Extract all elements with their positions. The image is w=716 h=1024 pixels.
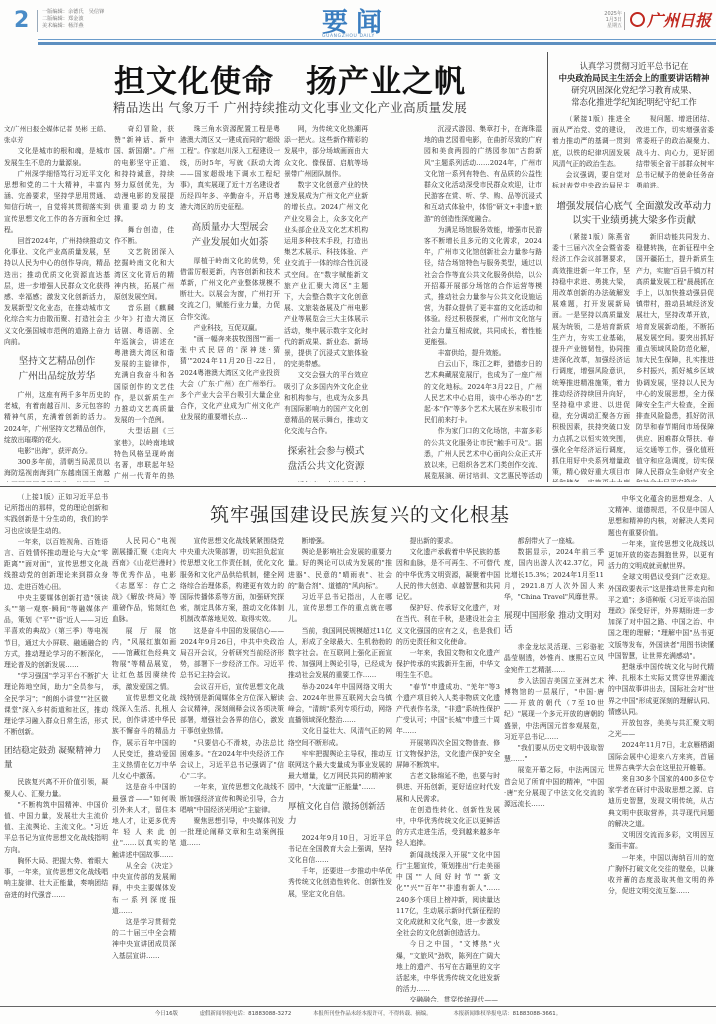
paragraph: 千年，还要进一步推动中华优秀传统文化创造性转化、创新性发展，坚定文化自信。 xyxy=(288,866,392,900)
paragraph: 厚植于岭南文化的优势，凭借雷厉根更新，内容创新和技术革新，广州文化产业整体规模不… xyxy=(180,256,280,323)
lead-column-2: 奇幻冒险，获赞"新神话、新中国、新国潮"。广州的电影坚守正道、和持持诚意，持续努… xyxy=(114,124,174,482)
paragraph: 数字文化创意产业的快速发展成为广州文化产业新的增长点。2024广州文化产业交易会… xyxy=(284,180,368,370)
paragraph: 文化是城市的根和魂，是城市发展生生不息的力量源泉。 xyxy=(4,146,110,168)
paragraph: 舞台创造，佳作不断。 xyxy=(114,225,174,247)
lead-column-3: 珠三角水资源配置工程是粤港澳大湾区又一建成而同的"超级工程"。作家赵川深入工程建… xyxy=(180,124,280,482)
newspaper-logo: 广州日报 xyxy=(630,8,711,31)
paragraph: 一年来，以百姓视角、百姓语言、百姓情怀推动理论与大众"零距离""面对面"，宣传思… xyxy=(4,537,108,593)
sidebar-2-headline: 增强发展信心底气 全面激发改革动力 以实干业绩勇挑大梁多作贡献 xyxy=(552,200,716,228)
date-weekday: 星期五 xyxy=(592,23,622,29)
second-column-6: 都刮带火了一座城。 数据显示，2024年前三季度，国内出游人次42.37亿，同比… xyxy=(504,536,604,1002)
section-divider xyxy=(0,486,716,487)
paragraph: 2024年11月7日，北京雁栖湖国际会展中心迎来八方来宾，首届世界古典学大会在这… xyxy=(608,740,714,774)
headline-line: 中央政治局民主生活会上的重要讲话精神 xyxy=(552,72,716,84)
paragraph: 文交会强大的平台效应吸引了众多国内外文化企业和机构参与，也成为众多具有国际影响力… xyxy=(284,370,368,437)
lead-headline: 担文化使命 扬产业之帆 xyxy=(40,56,540,101)
paragraph: 来自30多个国家的400多位专家学者在研讨中汲取思想之源、启迪历史智慧，发现文明… xyxy=(608,774,714,830)
paragraph: 新旧动能共同发力、稳健转换，在新征程中全国开疆拓土，提升新质生产力，实施"百县千… xyxy=(636,232,714,482)
paragraph: "学习强国"学习平台不断扩大理论阵地空间，助力"全员参与，全民学习"；"朗朗小讲… xyxy=(4,671,108,738)
paragraph: 会议召开后，宣传思想文化战线特别是新闻媒体全方位深入解读会议精神，深刻阐释会议各… xyxy=(180,682,284,738)
paragraph: （紧接1版）推进全面从严治党、党的建设，着力推动严的基调一贯到底，以铁的纪律巩固… xyxy=(552,114,630,170)
paragraph: 一年来，宣传思想文化战线不断加强经济宣传和舆论引导，合力唱响"中国经济光明论"主… xyxy=(180,782,284,816)
subheading: 高质量办大型展会 产业发展如火如荼 xyxy=(180,220,280,250)
second-column-4: 断增强。 舆论是影响社会发展的重要力量。好的舆论可以成为发展的"推进器"、民意的… xyxy=(288,536,392,1002)
paragraph: 广州，这座有两千多年历史的老城，有着南越百川、多元包容的精神气质，充满着创新的活… xyxy=(4,390,110,446)
editor-line: 美术编辑：杨洋燕 xyxy=(42,23,104,30)
paragraph: 交融融合，贯穿传统现代—— xyxy=(396,995,500,1002)
paragraph: 举办2024年中国网络文明大会、2024年世界互联网大会乌镇峰会，"清朗"系列专… xyxy=(288,682,392,727)
paragraph: 把继承中国传统文化与时代精神、扎根本土实际又贯穿世界潮流的中国故事讲出去，国际社… xyxy=(608,662,714,718)
paragraph: 丰富供给，提升效能。 xyxy=(424,348,542,359)
footer-page-count: 今日16版 xyxy=(155,1011,178,1017)
paragraph: 音乐剧《麒麟少年》打造大湾区话剧、粤语剧、全年巡演会，讲述在粤港澳大湾区和谐发展… xyxy=(114,303,174,426)
paragraph: 一年来，我国文物和文化遗产保护传承的实践新开生面，中华文明生生不息。 xyxy=(396,648,500,682)
paragraph: 网，为传统文化热潮再添一把火。这些新作精彩的发展中，部分场域画面由大众文化、像保… xyxy=(284,124,368,180)
brand-name: 广州日报 xyxy=(647,8,711,31)
subheading: 厚植文化自信 激扬创新活力 xyxy=(288,800,392,828)
logo-icon xyxy=(630,12,645,27)
editor-line: 二版编辑：郑金波 xyxy=(42,16,104,23)
paragraph: 全球文明倡议受到广泛欢迎。外国政要表示"这是推动世界走向和平之道"；多语种版《习… xyxy=(608,572,714,662)
lead-column-5: 沉浸式游园、集章打卡，在海珠湿地的曲艺园看电影，在曲折尽致的广府园和美食两园的广… xyxy=(424,124,542,482)
lead-column-4: 网，为传统文化热潮再添一把火。这些新作精彩的发展中，部分场域画面由大众文化、像保… xyxy=(284,124,368,482)
paragraph: 保护好、传承好文化遗产，对在当代、利在千秋，是建设社会主义文化强国的应有之义，也… xyxy=(396,603,500,648)
subheading: 坚持文艺精品创作 广州出品绽放芳华 xyxy=(4,354,110,384)
paragraph: 300多年前，清朝当局派员以海防巡视南海到广东越南国王南越十四国开展采风互动，书… xyxy=(4,457,110,482)
footer-copyright: 本报所刊登作品未经本报许可，不得转载、摘编。 xyxy=(313,1011,432,1017)
footer-rule xyxy=(0,1006,716,1007)
page-footer: 今日16版 虚假新闻举报电话：81883088-3272 本报所刊登作品未经本报… xyxy=(0,1009,716,1017)
paragraph: 白云山下，珠江之畔，猎德步日的艺术典藏展览展厅，也成为了一座广州的文化地标。20… xyxy=(424,359,542,426)
paragraph: 广州深学细悟笃行习近平文化思想和党的二十大精神，丰富内涵、完善要求，坚持学思用贯… xyxy=(4,169,110,236)
paragraph: 视问题、增进团结、改进工作，切实增强省委常委班子的政治凝聚力、战斗力、向心力，更… xyxy=(636,114,714,188)
paragraph: 文化日益壮大、风清气正的网络空间不断形成。 xyxy=(288,726,392,748)
paragraph: 在创造性转化、创新性发展中，中华优秀传统文化正以更鲜活的方式走进生活，受到越来越… xyxy=(396,805,500,850)
footer-rights-hotline: 本报新闻维权举报电话：81883088-3661。 xyxy=(453,1011,561,1017)
paragraph: 宣传思想文化战线紧紧围绕党中央重大决策部署，切实担负起宣传思想文化工作责任制，优… xyxy=(180,536,284,626)
paragraph: 近年来，广州立足在全国率先提出"共建共享公共文化共同体"，推动构建全民文化共同体… xyxy=(284,480,368,482)
paragraph: 这是奋斗中国的最强音——"如何吸引外来人才，留住本地人才，让更多优秀年轻人来此创… xyxy=(112,782,176,860)
paragraph: 舆论是影响社会发展的重要力量。好的舆论可以成为发展的"推进器"、民意的"晴雨表"… xyxy=(288,547,392,592)
paragraph: "只要信心不滑坡，办法总比困难多。"在2024年中央经济工作会议上，习近平总书记… xyxy=(180,738,284,783)
paragraph: 人民同心"电视剧展播汇聚《走向大西南》《山花烂漫时》等优秀作品，电影《志愿军：存… xyxy=(112,536,176,626)
divider xyxy=(37,10,38,32)
issue-date: 2025年 1月3日 星期五 xyxy=(592,11,622,29)
paragraph: "春节"申遗成功、"羌年"等3个遗产项目转入人类非物质文化遗产代表作名录，"非遗… xyxy=(396,682,500,738)
masthead: 2 一版编辑：余德氏 吴信锋 二版编辑：郑金波 美术编辑：杨洋燕 要闻 GUAN… xyxy=(0,0,716,56)
second-column-5: 提出新的要求。 文化遗产承载着中华民族的基因和血脉，是不可再生、不可替代的中华优… xyxy=(396,536,500,1002)
sidebar-2-column-2: 新旧动能共同发力、稳健转换，在新征程中全国开疆拓土，提升新质生产力，实施"百县千… xyxy=(636,232,714,482)
paragraph: 牢牢把握舆论主导权，推动互联网这个最大变量成为事业发展的最大增量，亿万网民共同的… xyxy=(288,749,392,794)
paragraph: （紧接1版）陈燕省委十三届六次全会暨省委经济工作会议部署要求，高效推进新一年工作… xyxy=(552,232,630,482)
paragraph: 一年来，中国以海纳百川的宽广胸怀打破文化交往的壁垒，以兼收并蓄的态度汲取其他文明… xyxy=(608,853,714,898)
paragraph: 古老文脉绵延不绝，也要与时俱进、开拓创新，更好适应时代发展和人民需求。 xyxy=(396,771,500,805)
paragraph: 电影"出海"，获评高分。 xyxy=(4,446,110,457)
headline-line: 认真学习贯彻习近平总书记在 xyxy=(552,60,716,72)
paragraph: 宣传思想文化战线深入生活、扎根人民，创作讲述中华民族不懈奋斗的精品力作，展示百年… xyxy=(112,693,176,783)
paragraph: 中华文化蕴含的思想观念、人文精神、道德规范，不仅是中国人思想和精神的内核，对解决… xyxy=(608,494,714,539)
paragraph: 大型话剧《三家巷》，以岭南地域特色风格呈现岭南名著，串联起年轻广州一代青年的热血… xyxy=(114,426,174,482)
lead-subheadline: 精品迭出 气象万千 广州持续推动文化事业文化产业高质量发展 xyxy=(40,98,540,116)
paragraph: 展厅展馆内，"风展红旗如画——馆藏红色经典文物展"等精品展览，让红色基因赓续传承… xyxy=(112,626,176,693)
sidebar-1-headline: 认真学习贯彻习近平总书记在 中央政治局民主生活会上的重要讲话精神 研究巩固深化党… xyxy=(552,60,716,108)
paragraph: 胸怀大局、把握大势、着眼大事，一年来，宣传思想文化战线唱响主旋律、壮大正能量，奏… xyxy=(4,856,108,901)
paragraph: 今日之中国，"文博热"火爆，"文旅风"劲吹，陈列在广阔大地上的遗产、书写在古籍里… xyxy=(396,939,500,995)
paragraph: （上接1版）正如习近平总书记所指出的那样，党的理论创新和实践创新是十分生动的，我… xyxy=(4,492,108,537)
sidebar-1-column-2: 视问题、增进团结、改进工作，切实增强省委常委班子的政治凝聚力、战斗力、向心力，更… xyxy=(636,114,714,188)
footer-hotline: 虚假新闻举报电话：81883088-3272 xyxy=(200,1011,292,1017)
paragraph: 从全会《决定》中央宣传部的发展阐释，中央主要媒体发布一系列深度报道…… xyxy=(112,861,176,917)
paragraph: 2024年9月10日，习近平总书记在全国教育大会上强调，坚持文化自信…… xyxy=(288,833,392,867)
paragraph: 当前，我国网民规模超过11亿人，形成了全球最大、生机勃勃的数字社会。在互联网上强… xyxy=(288,626,392,682)
paragraph: 文化遗产承载着中华民族的基因和血脉，是不可再生、不可替代的中华优秀文明资源，凝聚… xyxy=(396,547,500,603)
paragraph: 聚焦思想引导，中央媒体刊发一批理论阐释文章和生动案例报道…… xyxy=(180,816,284,850)
paragraph: 提出新的要求。 xyxy=(396,536,500,547)
paragraph: 回首2024年，广州持续推动文化事业、文化产业高质量发展，坚持以人民为中心的创作… xyxy=(4,236,110,348)
paragraph: 珠三角水资源配置工程是粤港澳大湾区又一建成而同的"超级工程"。作家赵川深入工程建… xyxy=(180,124,280,214)
lead-column-1: 文/广州日报全媒体记者 吴彬 王皓、张卓芳 文化是城市的根和魂，是城市发展生生不… xyxy=(4,124,110,482)
paragraph: 赤金龙坛灵活现、三彩骆驼晶莹剔透，妙惟肖、康熙石立风金宛件工艺精湛…… xyxy=(504,642,604,676)
paragraph: 都刮带火了一座城。 xyxy=(504,536,604,547)
paragraph: 这是奋斗中国的发展信心——2024年9月26日，中共中央政治局召开会议，分析研究… xyxy=(180,626,284,682)
paragraph: 文明因交流而多彩，文明因互鉴而丰富。 xyxy=(608,830,714,852)
paragraph: "我们要从历史文明中汲取智慧……" xyxy=(504,743,604,765)
paragraph: 开放包容，美美与共汇聚文明之光—— xyxy=(608,718,714,740)
paragraph: 文艺院团深入挖掘岭南文化和大湾区文化背后的精神内核，拓展广州原创发展空间。 xyxy=(114,247,174,303)
paragraph: "画一幅奔来拔牧图图""画一张中式民居的'深神迷·猜猜'"2024年11月20日… xyxy=(180,334,280,424)
paragraph: 新闻战线深入开展"文化中国行"主题宣传，策划推出"行走美丽中国""人间好时节""… xyxy=(396,850,500,940)
editor-credits: 一版编辑：余德氏 吴信锋 二版编辑：郑金波 美术编辑：杨洋燕 xyxy=(42,9,104,30)
paragraph: "不断构筑中国精神、中国价值、中国力量，发展壮大主流价值、主流舆论、主流文化。"… xyxy=(4,800,108,856)
paragraph: 习近平总书记指出，人在哪儿，宣传思想工作的重点就在哪儿。 xyxy=(288,592,392,626)
headline-line: 增强发展信心底气 全面激发改革动力 xyxy=(552,200,716,214)
paragraph: 展览开幕之际，中法两国元首会见了所育中国的精神，"中国·唐"充分展现了中法文化交… xyxy=(504,765,604,810)
editor-line: 一版编辑：余德氏 吴信锋 xyxy=(42,9,104,16)
subheading: 展现中国形象 推动文明对话 xyxy=(504,609,604,637)
byline: 文/广州日报全媒体记者 吴彬 王皓、张卓芳 xyxy=(4,124,110,146)
subheading: 探索社会参与模式 盘活公共文化资源 xyxy=(284,444,368,474)
second-column-1: （上接1版）正如习近平总书记所指出的那样，党的理论创新和实践创新是十分生动的，我… xyxy=(4,492,108,1002)
paragraph: 一年来，宣传思想文化战线以更加开放的姿态拥抱世界，以更有活力的文明成就贡献世界。 xyxy=(608,539,714,573)
paragraph: 中央主要媒体创新打造"领读头""第一观察·瞬间"等融媒体产品，策划《"平""语"… xyxy=(4,593,108,671)
paragraph: 奇幻冒险，获赞"新神话、新中国、新国潮"。广州的电影坚守正道、和持持诚意，持续努… xyxy=(114,124,174,225)
second-column-7: 中华文化蕴含的思想观念、人文精神、道德规范，不仅是中国人思想和精神的内核，对解决… xyxy=(608,494,714,1002)
sidebar-1-column-1: （紧接1版）推进全面从严治党、党的建设，着力推动严的基调一贯到底，以铁的纪律巩固… xyxy=(552,114,630,188)
subheading: 团结稳定鼓劲 凝聚精神力量 xyxy=(4,744,108,772)
headline-line: 研究巩固深化党纪学习教育成果、 xyxy=(552,84,716,96)
second-column-3: 宣传思想文化战线紧紧围绕党中央重大决策部署，切实担负起宣传思想文化工作责任制，优… xyxy=(180,536,284,1002)
paragraph: 这是学习贯彻党的二十届三中全会精神中央宣讲团成员深入基层宣讲…… xyxy=(112,917,176,962)
paragraph: 数据显示，2024年前三季度，国内出游人次42.37亿，同比增长15.3%；20… xyxy=(504,547,604,603)
paragraph: 为满足场馆服务效能，增强市民游客不断增长且多元的文化需求，2024年，广州市文化… xyxy=(424,225,542,348)
paragraph: 断增强。 xyxy=(288,536,392,547)
header-rule-thick xyxy=(38,42,716,45)
second-headline: 筑牢强国建设民族复兴的文化根基 xyxy=(140,500,580,527)
paragraph: 产业科技，互促双赢。 xyxy=(180,323,280,334)
paragraph: 民族复兴离不开价值引领，凝聚人心、汇聚力量。 xyxy=(4,777,108,799)
paragraph: 沉浸式游园、集章打卡，在海珠湿地的曲艺园看电影，在曲折尽致的广府园和美食两园的广… xyxy=(424,124,542,225)
divider xyxy=(624,12,625,30)
paragraph: 开展第四次全国文物普查、修订文物保护法，文化遗产保护安全屏障不断筑牢。 xyxy=(396,738,500,772)
paragraph: 作为家门口的文化场馆，丰富多彩的公共文化服务让市民"触手可及"。据悉，广州人民艺… xyxy=(424,426,542,482)
header-rule xyxy=(38,39,716,40)
second-column-2: 人民同心"电视剧展播汇聚《走向大西南》《山花烂漫时》等优秀作品，电影《志愿军：存… xyxy=(112,536,176,1002)
sidebar-2-column-1: （紧接1版）陈燕省委十三届六次全会暨省委经济工作会议部署要求，高效推进新一年工作… xyxy=(552,232,630,482)
column-divider xyxy=(547,52,548,482)
headline-line: 以实干业绩勇挑大梁多作贡献 xyxy=(552,214,716,228)
paragraph: 会议强调，要自觉对标对表党中央政治局民主生活会，高质量开好省委领导班子民主生活会… xyxy=(552,170,630,188)
headline-line: 常态化推进学纪知纪明纪守纪工作 xyxy=(552,96,716,108)
page-number: 2 xyxy=(14,8,29,33)
paragraph: 步入法国吉美国立亚洲艺术博物馆的一层展厅，"中国·唐——开放的朝代（7至10世纪… xyxy=(504,676,604,743)
